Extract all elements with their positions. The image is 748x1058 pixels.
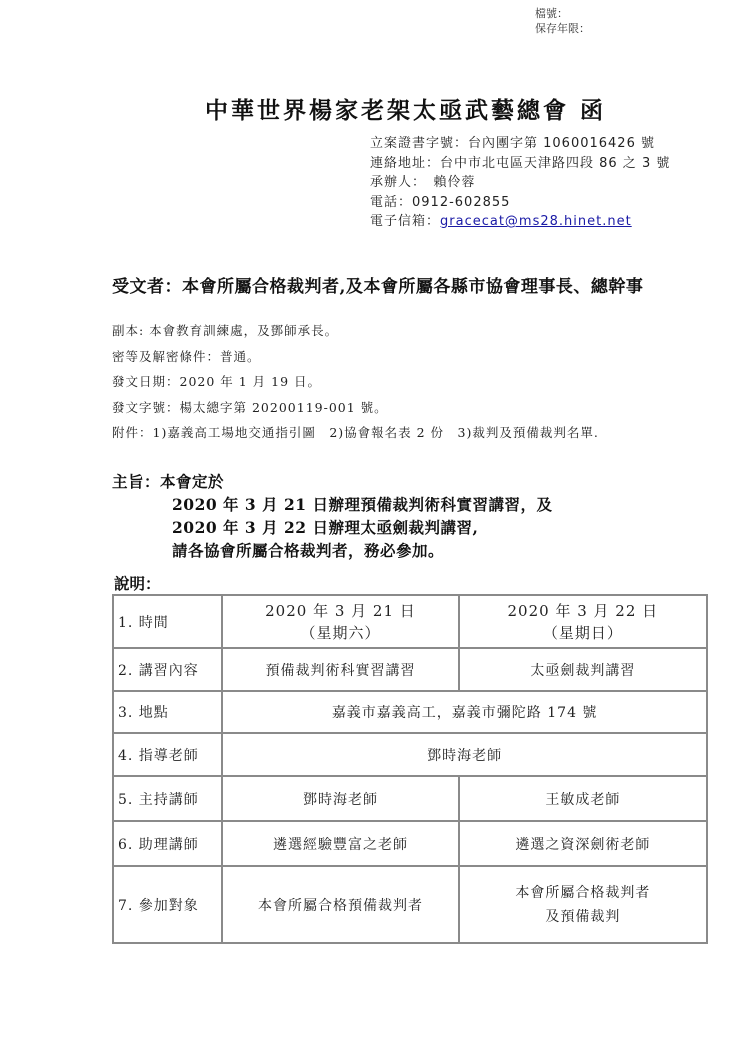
file-number-label: 檔號：: [535, 6, 590, 21]
table-row: 4. 指導老師 鄧時海老師: [113, 733, 707, 776]
handler-name: 承辦人： 賴伶蓉: [370, 173, 670, 193]
subject-block: 主旨：本會定於 2020 年 3 月 21 日辦理預備裁判術科實習講習，及 20…: [112, 470, 552, 562]
subject-line-1: 主旨：本會定於: [112, 470, 552, 493]
row-label: 4. 指導老師: [113, 733, 222, 776]
table-cell: 鄧時海老師: [222, 776, 458, 821]
issue-date: 發文日期：2020 年 1 月 19 日。: [112, 369, 599, 395]
document-number: 發文字號：楊太總字第 20200119-001 號。: [112, 395, 599, 421]
retention-period-label: 保存年限：: [535, 21, 590, 36]
table-cell: 本會所屬合格裁判者 及預備裁判: [459, 866, 707, 943]
table-row: 1. 時間 2020 年 3 月 21 日 （星期六） 2020 年 3 月 2…: [113, 595, 707, 648]
table-cell: 嘉義市嘉義高工，嘉義市彌陀路 174 號: [222, 691, 707, 733]
contact-address: 連絡地址：台中市北屯區天津路四段 86 之 3 號: [370, 154, 670, 174]
table-cell: 本會所屬合格預備裁判者: [222, 866, 458, 943]
subject-line-4: 請各協會所屬合格裁判者，務必參加。: [112, 539, 552, 562]
weekday-text: （星期日）: [464, 622, 702, 644]
row-label: 2. 講習內容: [113, 648, 222, 691]
subject-line-3: 2020 年 3 月 22 日辦理太亟劍裁判講習,: [112, 516, 552, 539]
date-text: 2020 年 3 月 21 日: [227, 600, 453, 622]
explanation-label: 說明：: [114, 572, 161, 594]
email-label: 電子信箱：: [370, 214, 440, 229]
row-label: 7. 參加對象: [113, 866, 222, 943]
table-cell: 預備裁判術科實習講習: [222, 648, 458, 691]
row-label: 1. 時間: [113, 595, 222, 648]
security-level: 密等及解密條件：普通。: [112, 344, 599, 370]
document-meta: 副本: 本會教育訓練處，及鄧師承長。 密等及解密條件：普通。 發文日期：2020…: [112, 318, 599, 446]
schedule-table: 1. 時間 2020 年 3 月 21 日 （星期六） 2020 年 3 月 2…: [112, 594, 708, 944]
row-label: 6. 助理講師: [113, 821, 222, 866]
table-row: 2. 講習內容 預備裁判術科實習講習 太亟劍裁判講習: [113, 648, 707, 691]
subject-line-2: 2020 年 3 月 21 日辦理預備裁判術科實習講習，及: [112, 493, 552, 516]
weekday-text: （星期六）: [227, 622, 453, 644]
phone-number: 電話：0912-602855: [370, 193, 670, 213]
table-row: 7. 參加對象 本會所屬合格預備裁判者 本會所屬合格裁判者 及預備裁判: [113, 866, 707, 943]
contact-block: 立案證書字號：台內團字第 1060016426 號 連絡地址：台中市北屯區天津路…: [370, 134, 670, 232]
date-cell: 2020 年 3 月 21 日 （星期六）: [222, 595, 458, 648]
document-title: 中華世界楊家老架太亟武藝總會 函: [205, 92, 606, 125]
table-row: 6. 助理講師 遴選經驗豐富之老師 遴選之資深劍術老師: [113, 821, 707, 866]
table-cell: 王敏成老師: [459, 776, 707, 821]
date-cell: 2020 年 3 月 22 日 （星期日）: [459, 595, 707, 648]
cell-line: 本會所屬合格裁判者: [464, 881, 702, 905]
registration-number: 立案證書字號：台內團字第 1060016426 號: [370, 134, 670, 154]
table-row: 5. 主持講師 鄧時海老師 王敏成老師: [113, 776, 707, 821]
row-label: 5. 主持講師: [113, 776, 222, 821]
cell-line: 及預備裁判: [464, 905, 702, 929]
recipient-line: 受文者：本會所屬合格裁判者,及本會所屬各縣市協會理事長、總幹事: [112, 272, 643, 297]
table-cell: 太亟劍裁判講習: [459, 648, 707, 691]
table-cell: 遴選之資深劍術老師: [459, 821, 707, 866]
table-row: 3. 地點 嘉義市嘉義高工，嘉義市彌陀路 174 號: [113, 691, 707, 733]
date-text: 2020 年 3 月 22 日: [464, 600, 702, 622]
attachments: 附件：1)嘉義高工場地交通指引圖 2)協會報名表 2 份 3)裁判及預備裁判名單…: [112, 420, 599, 446]
row-label: 3. 地點: [113, 691, 222, 733]
table-cell: 遴選經驗豐富之老師: [222, 821, 458, 866]
copy-to: 副本: 本會教育訓練處，及鄧師承長。: [112, 318, 599, 344]
file-meta: 檔號： 保存年限：: [535, 6, 590, 36]
email-link[interactable]: gracecat@ms28.hinet.net: [440, 214, 632, 229]
table-cell: 鄧時海老師: [222, 733, 707, 776]
email-line: 電子信箱：gracecat@ms28.hinet.net: [370, 212, 670, 232]
